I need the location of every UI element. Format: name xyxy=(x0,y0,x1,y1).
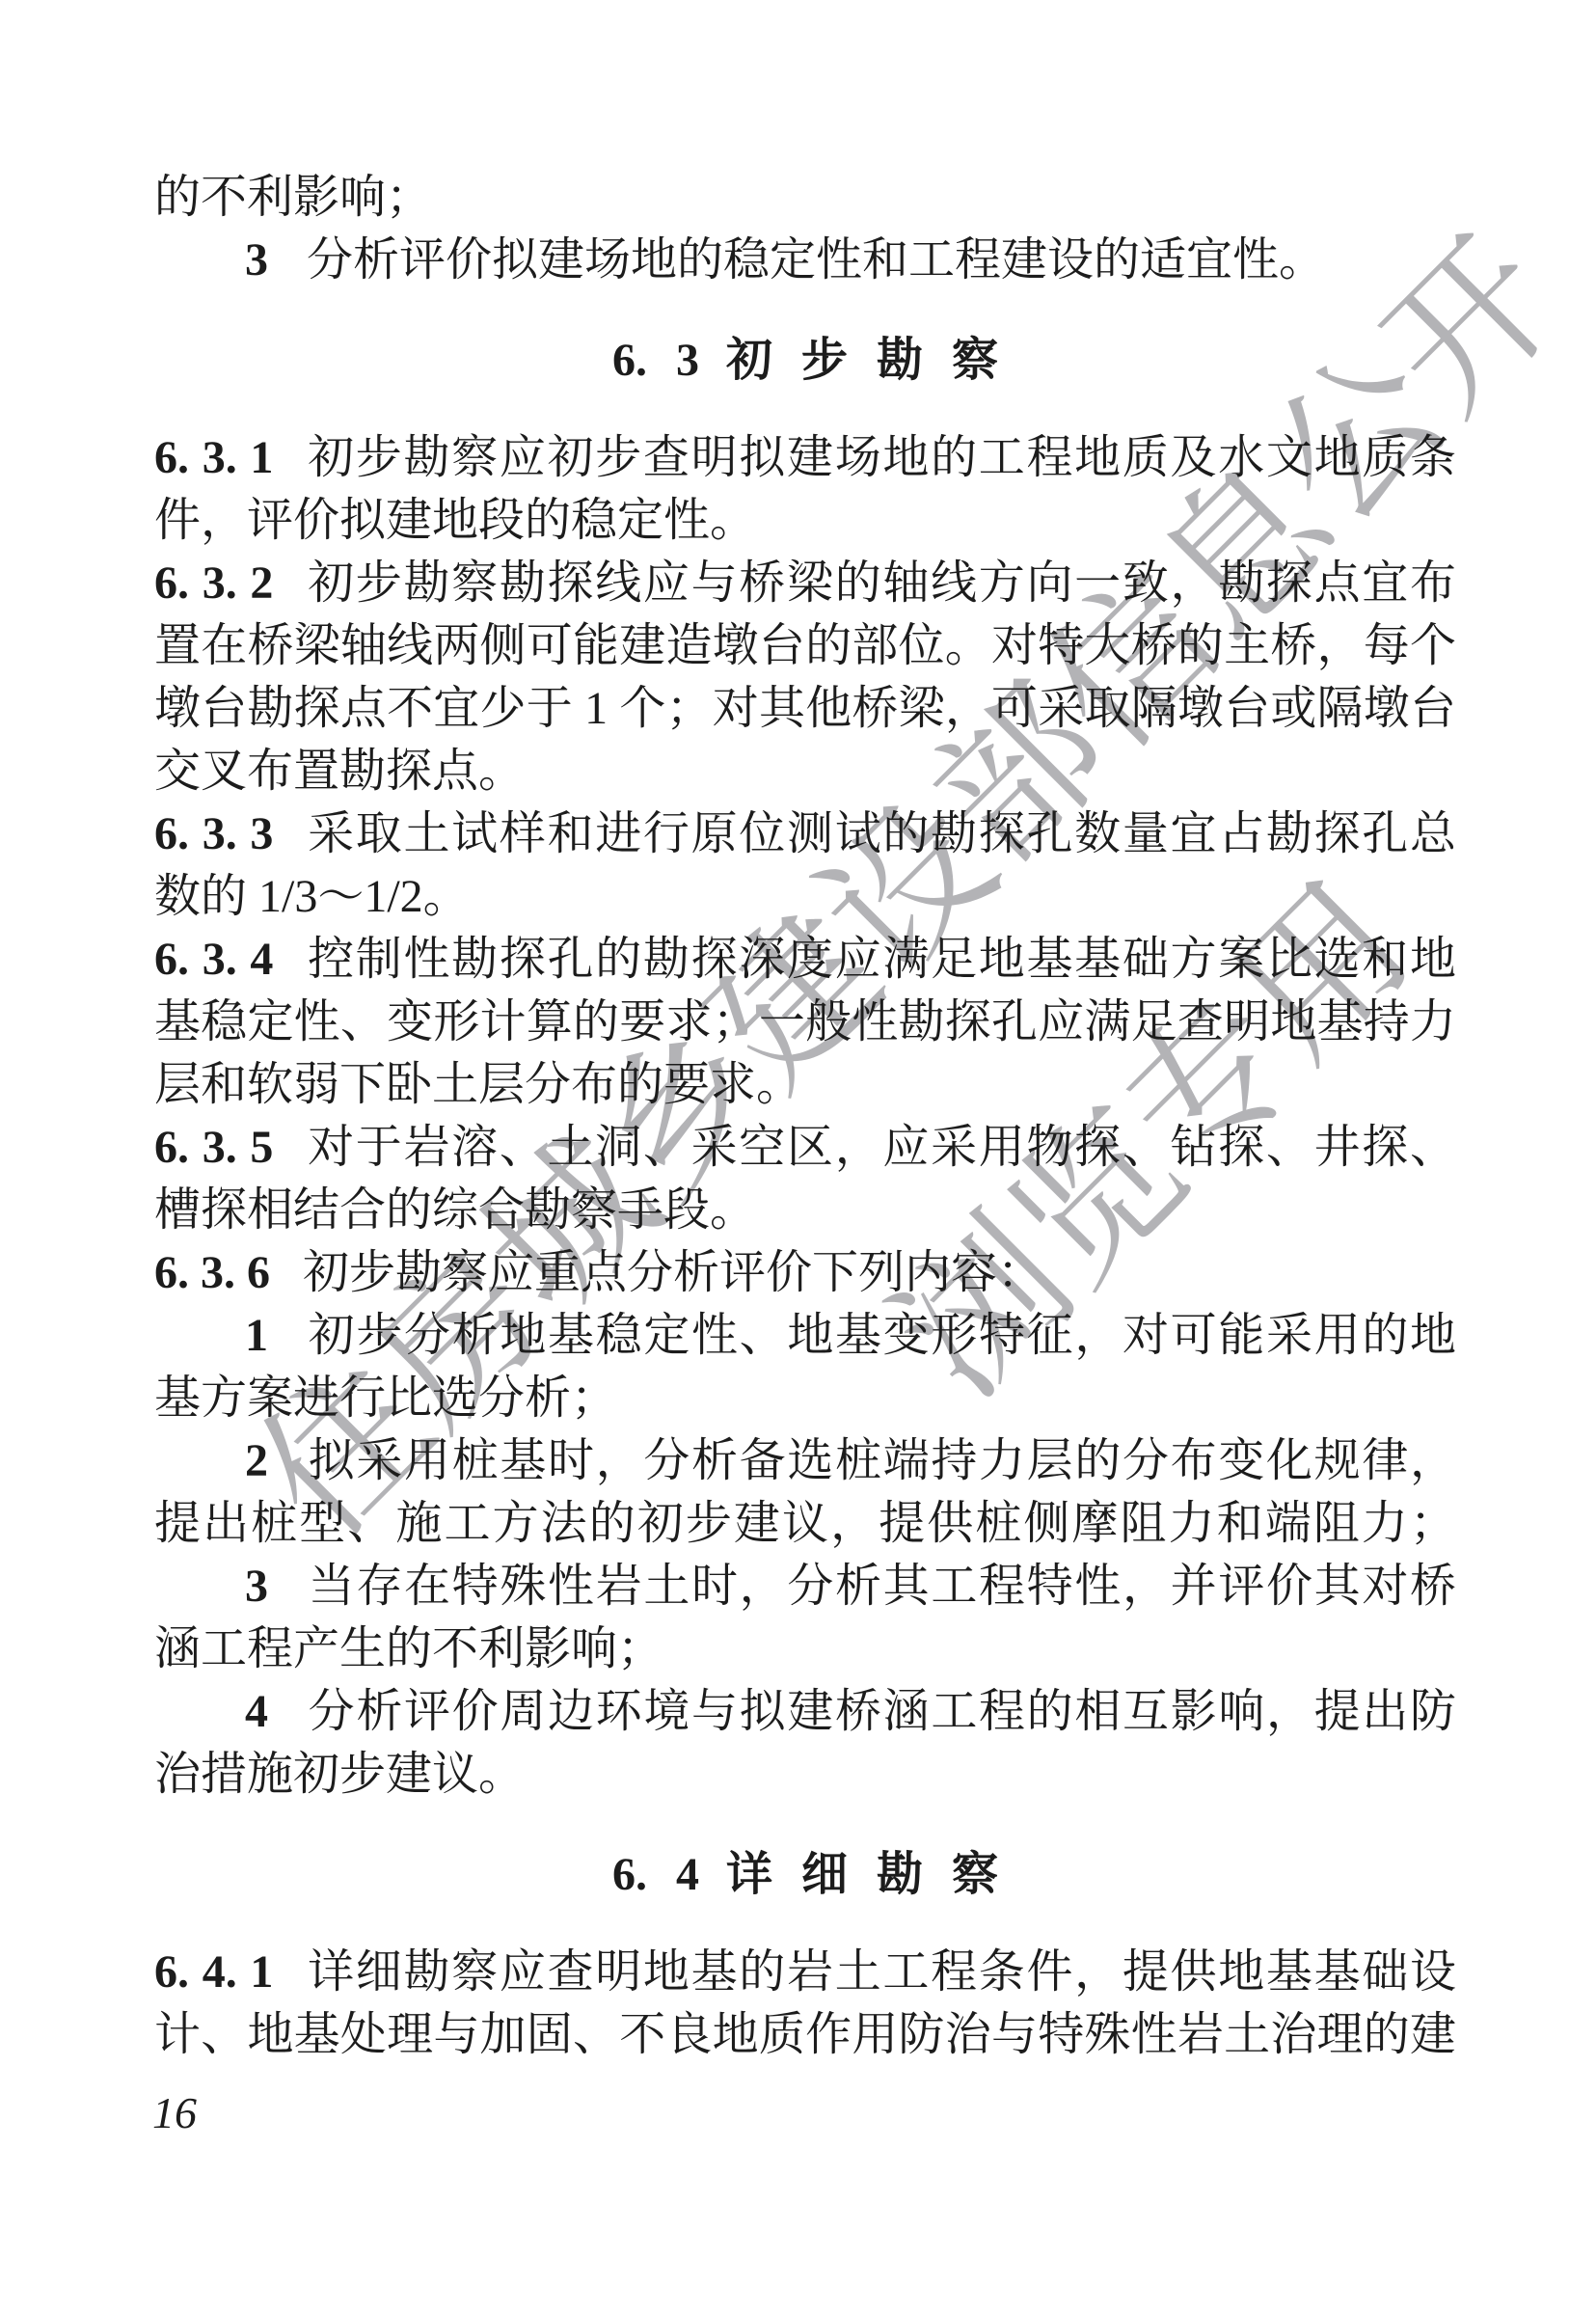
line-text: 涵工程产生的不利影响； xyxy=(154,1623,663,1674)
text-line: 层和软弱下卧土层分布的要求。 xyxy=(154,1053,1456,1116)
line-text: 初步分析地基稳定性、地基变形特征，对可能采用的地 xyxy=(307,1310,1456,1361)
text-line: 基稳定性、变形计算的要求；一般性勘探孔应满足查明地基持力 xyxy=(154,991,1456,1053)
line-text: 详 细 勘 察 xyxy=(726,1849,998,1900)
line-text: 采取土试样和进行原位测试的勘探孔数量宜占勘探孔总 xyxy=(306,808,1456,859)
line-text: 交叉布置勘探点。 xyxy=(154,746,525,797)
document-page: 住房城乡建设部信息公开 浏览专用 的不利影响；3分析评价拟建场地的稳定性和工程建… xyxy=(0,0,1596,2311)
line-number: 6. 3. 6 xyxy=(154,1247,270,1298)
text-line: 6. 3. 5对于岩溶、土洞、采空区，应采用物探、钻探、井探、 xyxy=(154,1116,1456,1179)
line-text: 初 步 勘 察 xyxy=(726,335,998,386)
text-line: 基方案进行比选分析； xyxy=(154,1367,1456,1429)
section-heading: 6. 3初 步 勘 察 xyxy=(154,329,1456,392)
line-text: 初步勘察勘探线应与桥梁的轴线方向一致，勘探点宜布 xyxy=(306,557,1456,609)
text-line: 6. 3. 3采取土试样和进行原位测试的勘探孔数量宜占勘探孔总 xyxy=(154,802,1456,865)
text-line: 交叉布置勘探点。 xyxy=(154,740,1456,802)
page-number: 16 xyxy=(152,2081,197,2144)
line-text: 墩台勘探点不宜少于 1 个；对其他桥梁，可采取隔墩台或隔墩台 xyxy=(154,683,1456,734)
text-line: 件，评价拟建地段的稳定性。 xyxy=(154,489,1456,552)
line-text: 详细勘察应查明地基的岩土工程条件，提供地基基础设 xyxy=(306,1946,1456,1998)
line-number: 6. 3. 1 xyxy=(154,432,273,483)
line-text: 拟采用桩基时，分析备选桩端持力层的分布变化规律， xyxy=(307,1435,1456,1486)
text-line: 4分析评价周边环境与拟建桥涵工程的相互影响，提出防 xyxy=(154,1680,1456,1743)
line-number: 6. 3. 2 xyxy=(154,557,273,609)
text-line: 的不利影响； xyxy=(154,166,1456,229)
line-number: 4 xyxy=(245,1686,268,1737)
line-text: 对于岩溶、土洞、采空区，应采用物探、钻探、井探、 xyxy=(306,1122,1456,1173)
line-text: 槽探相结合的综合勘察手段。 xyxy=(154,1184,756,1236)
line-number: 6. 3. 3 xyxy=(154,808,273,859)
text-line: 2拟采用桩基时，分析备选桩端持力层的分布变化规律， xyxy=(154,1429,1456,1492)
text-line: 置在桥梁轴线两侧可能建造墩台的部位。对特大桥的主桥，每个 xyxy=(154,614,1456,677)
text-line: 3分析评价拟建场地的稳定性和工程建设的适宜性。 xyxy=(154,229,1456,291)
line-text: 初步勘察应初步查明拟建场地的工程地质及水文地质条 xyxy=(306,432,1456,483)
line-number: 6. 3 xyxy=(612,335,699,386)
line-text: 层和软弱下卧土层分布的要求。 xyxy=(154,1059,802,1110)
text-line: 数的 1/3～1/2。 xyxy=(154,865,1456,928)
line-text: 基方案进行比选分析； xyxy=(154,1373,617,1424)
line-number: 6. 3. 5 xyxy=(154,1122,273,1173)
line-number: 2 xyxy=(245,1435,268,1486)
text-line: 计、地基处理与加固、不良地质作用防治与特殊性岩土治理的建 xyxy=(154,2003,1456,2066)
section-heading: 6. 4详 细 勘 察 xyxy=(154,1843,1456,1906)
line-text: 置在桥梁轴线两侧可能建造墩台的部位。对特大桥的主桥，每个 xyxy=(154,620,1456,671)
text-line: 提出桩型、施工方法的初步建议，提供桩侧摩阻力和端阻力； xyxy=(154,1492,1456,1555)
line-number: 1 xyxy=(245,1310,268,1361)
line-number: 6. 4 xyxy=(612,1849,699,1900)
line-number: 6. 4. 1 xyxy=(154,1946,273,1998)
line-text: 初步勘察应重点分析评价下列内容： xyxy=(303,1247,1043,1298)
line-text: 计、地基处理与加固、不良地质作用防治与特殊性岩土治理的建 xyxy=(154,2009,1456,2060)
line-number: 6. 3. 4 xyxy=(154,934,273,985)
line-text: 数的 1/3～1/2。 xyxy=(154,871,470,922)
text-line: 3当存在特殊性岩土时，分析其工程特性，并评价其对桥 xyxy=(154,1555,1456,1618)
line-text: 分析评价周边环境与拟建桥涵工程的相互影响，提出防 xyxy=(307,1686,1456,1737)
line-text: 的不利影响； xyxy=(154,172,432,223)
text-line: 1初步分析地基稳定性、地基变形特征，对可能采用的地 xyxy=(154,1304,1456,1367)
line-text: 治措施初步建议。 xyxy=(154,1749,525,1800)
line-text: 分析评价拟建场地的稳定性和工程建设的适宜性。 xyxy=(307,234,1325,285)
line-text: 基稳定性、变形计算的要求；一般性勘探孔应满足查明地基持力 xyxy=(154,996,1456,1047)
line-text: 件，评价拟建地段的稳定性。 xyxy=(154,495,756,546)
text-line: 6. 3. 4控制性勘探孔的勘探深度应满足地基基础方案比选和地 xyxy=(154,928,1456,991)
text-line: 涵工程产生的不利影响； xyxy=(154,1618,1456,1680)
text-line: 6. 4. 1详细勘察应查明地基的岩土工程条件，提供地基基础设 xyxy=(154,1941,1456,2003)
line-text: 控制性勘探孔的勘探深度应满足地基基础方案比选和地 xyxy=(306,934,1456,985)
line-number: 3 xyxy=(245,1561,268,1612)
text-line: 治措施初步建议。 xyxy=(154,1743,1456,1806)
line-number: 3 xyxy=(245,234,268,285)
text-line: 墩台勘探点不宜少于 1 个；对其他桥梁，可采取隔墩台或隔墩台 xyxy=(154,677,1456,740)
text-line: 槽探相结合的综合勘察手段。 xyxy=(154,1179,1456,1241)
line-text: 提出桩型、施工方法的初步建议，提供桩侧摩阻力和端阻力； xyxy=(154,1498,1456,1549)
line-text: 当存在特殊性岩土时，分析其工程特性，并评价其对桥 xyxy=(307,1561,1456,1612)
text-line: 6. 3. 1初步勘察应初步查明拟建场地的工程地质及水文地质条 xyxy=(154,426,1456,489)
text-line: 6. 3. 6初步勘察应重点分析评价下列内容： xyxy=(154,1241,1456,1304)
text-line: 6. 3. 2初步勘察勘探线应与桥梁的轴线方向一致，勘探点宜布 xyxy=(154,552,1456,614)
text-lines: 的不利影响；3分析评价拟建场地的稳定性和工程建设的适宜性。6. 3初 步 勘 察… xyxy=(154,166,1456,2066)
